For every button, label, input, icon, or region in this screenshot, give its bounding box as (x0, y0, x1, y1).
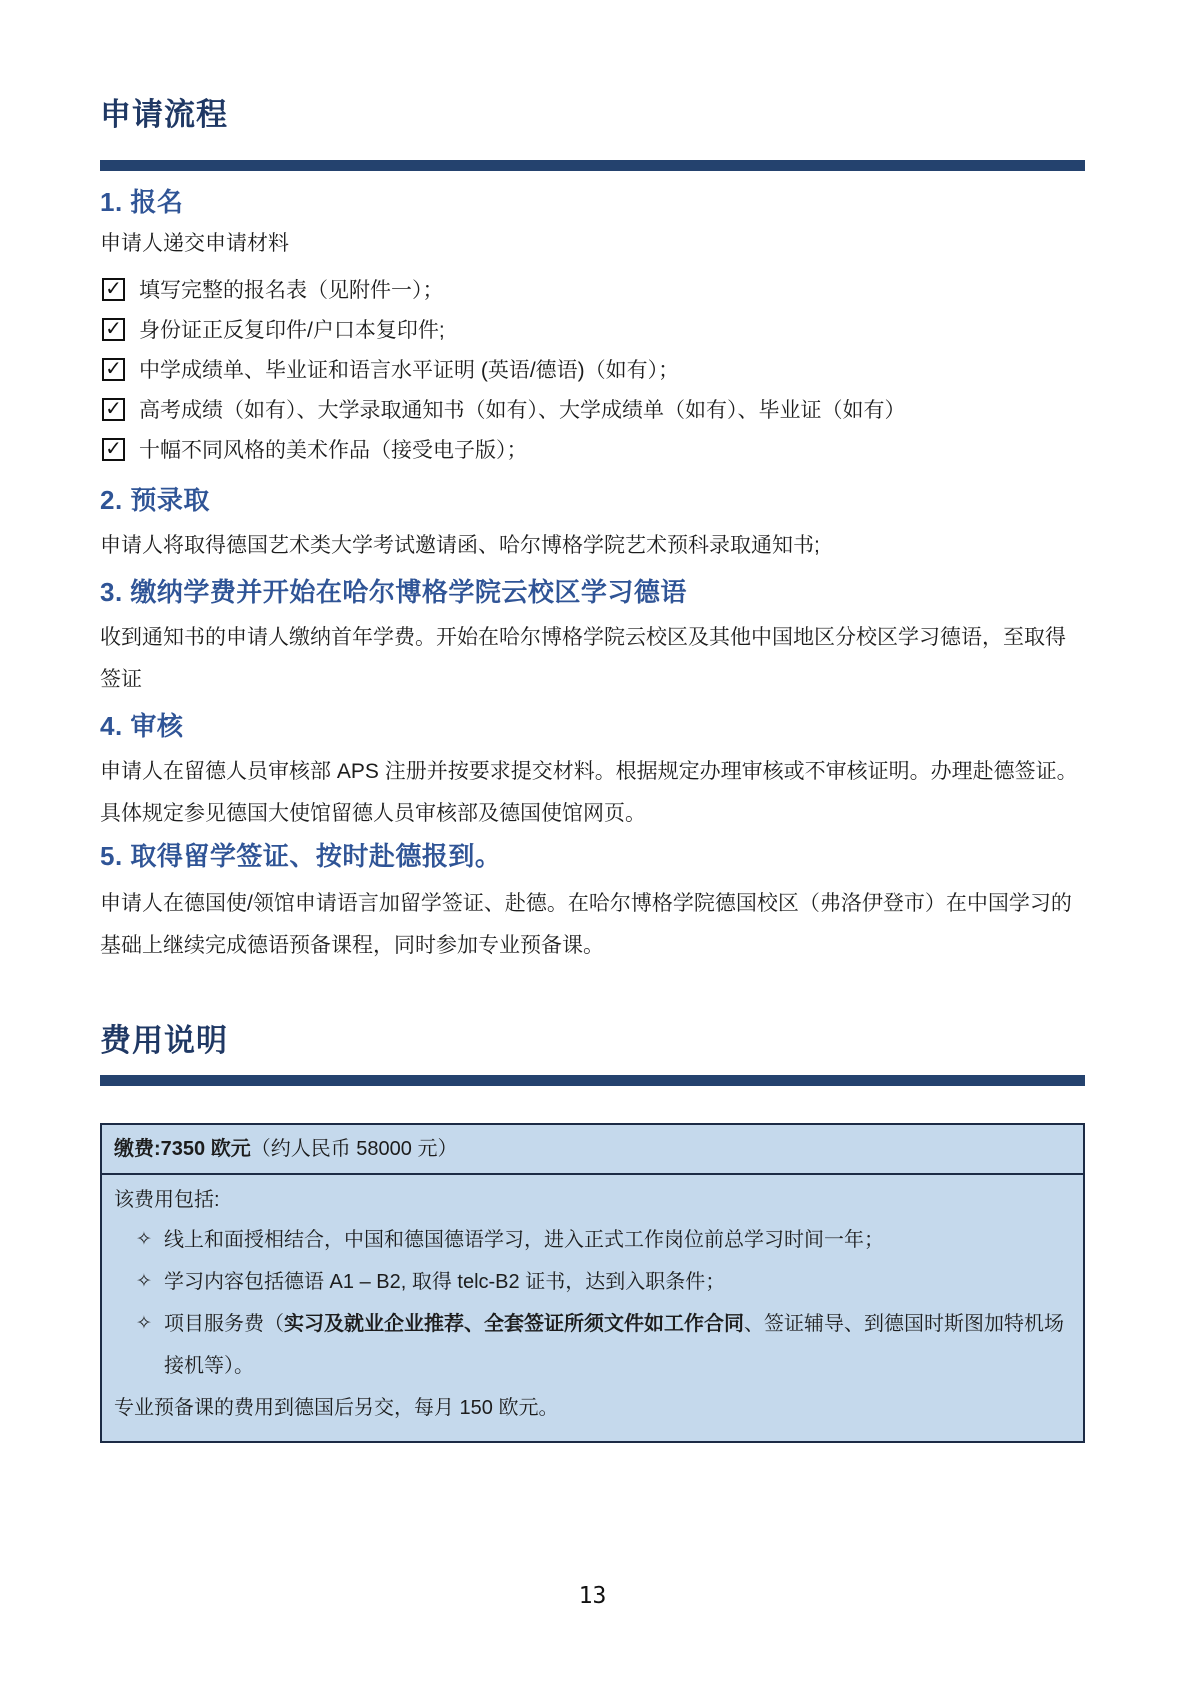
fee-table: 缴费:7350 欧元（约人民币 58000 元） 该费用包括: ✧ 线上和面授相… (100, 1123, 1085, 1443)
checklist-item: ✓ 中学成绩单、毕业证和语言水平证明 (英语/德语)（如有）； (100, 349, 1085, 389)
document-page: 申请流程 1. 报名 申请人递交申请材料 ✓ 填写完整的报名表（见附件一）； ✓… (0, 0, 1191, 1684)
fee-includes-label: 该费用包括: (114, 1185, 1069, 1215)
step4-heading: 4. 审核 (100, 709, 1085, 743)
fees-section-title: 费用说明 (100, 1023, 1085, 1059)
fee-amount-note: （约人民币 58000 元） (251, 1138, 458, 1160)
checklist-item: ✓ 填写完整的报名表（见附件一）； (100, 269, 1085, 309)
step1-intro: 申请人递交申请材料 (100, 230, 1085, 257)
checkbox-checked-icon: ✓ (102, 318, 125, 341)
step2-heading: 2. 预录取 (100, 483, 1085, 517)
fee-bullet-list: ✧ 线上和面授相结合，中国和德国德语学习，进入正式工作岗位前总学习时间一年； ✧… (114, 1219, 1069, 1387)
step3-heading: 3. 缴纳学费并开始在哈尔博格学院云校区学习德语 (100, 575, 1085, 609)
fee-bullet-text-part: 学习内容包括德语 A1 – B2, 取得 telc-B2 证书，达到入职条件； (164, 1271, 725, 1293)
step4-body: 申请人在留德人员审核部 APS 注册并按要求提交材料。根据规定办理审核或不审核证… (100, 751, 1085, 835)
checkbox-checked-icon: ✓ (102, 278, 125, 301)
checklist-item: ✓ 十幅不同风格的美术作品（接受电子版）； (100, 429, 1085, 469)
step1-heading: 1. 报名 (100, 185, 1085, 219)
diamond-bullet-icon: ✧ (136, 1303, 164, 1345)
application-checklist: ✓ 填写完整的报名表（见附件一）； ✓ 身份证正反复印件/户口本复印件; ✓ 中… (100, 269, 1085, 469)
checkbox-checked-icon: ✓ (102, 358, 125, 381)
section-divider-rule (100, 160, 1085, 171)
section-divider-rule (100, 1075, 1085, 1086)
fee-bullet-text: 学习内容包括德语 A1 – B2, 取得 telc-B2 证书，达到入职条件； (164, 1261, 1069, 1303)
diamond-bullet-icon: ✧ (136, 1219, 164, 1261)
fee-bullet-text: 项目服务费（实习及就业企业推荐、全套签证所须文件如工作合同、签证辅导、到德国时斯… (164, 1303, 1069, 1387)
fee-bullet3-prefix: 项目服务费（ (164, 1313, 284, 1335)
checklist-item-label: 填写完整的报名表（见附件一）； (139, 274, 444, 304)
fee-body-row: 该费用包括: ✧ 线上和面授相结合，中国和德国德语学习，进入正式工作岗位前总学习… (102, 1175, 1083, 1441)
checklist-item-label: 高考成绩（如有）、大学录取通知书（如有）、大学成绩单（如有）、毕业证（如有） (139, 394, 906, 424)
checklist-item-label: 身份证正反复印件/户口本复印件; (139, 314, 445, 344)
fee-bullet3-bold: 实习及就业企业推荐、全套签证所须文件如工作合同 (284, 1313, 744, 1335)
step3-body: 收到通知书的申请人缴纳首年学费。开始在哈尔博格学院云校区及其他中国地区分校区学习… (100, 617, 1085, 701)
checklist-item-label: 中学成绩单、毕业证和语言水平证明 (英语/德语)（如有）； (139, 354, 679, 384)
checkbox-checked-icon: ✓ (102, 398, 125, 421)
checkbox-checked-icon: ✓ (102, 438, 125, 461)
fee-header-row: 缴费:7350 欧元（约人民币 58000 元） (102, 1125, 1083, 1175)
fee-bullet-item: ✧ 线上和面授相结合，中国和德国德语学习，进入正式工作岗位前总学习时间一年； (114, 1219, 1069, 1261)
checklist-item: ✓ 身份证正反复印件/户口本复印件; (100, 309, 1085, 349)
step5-heading: 5. 取得留学签证、按时赴德报到。 (100, 839, 1085, 873)
fee-bullet-text: 线上和面授相结合，中国和德国德语学习，进入正式工作岗位前总学习时间一年； (164, 1219, 1069, 1261)
page-number: 13 (100, 1583, 1085, 1609)
apply-section-title: 申请流程 (100, 0, 1085, 133)
diamond-bullet-icon: ✧ (136, 1261, 164, 1303)
fee-footer-note: 专业预备课的费用到德国后另交，每月 150 欧元。 (114, 1387, 1069, 1429)
fee-bullet-item: ✧ 项目服务费（实习及就业企业推荐、全套签证所须文件如工作合同、签证辅导、到德国… (114, 1303, 1069, 1387)
step2-body: 申请人将取得德国艺术类大学考试邀请函、哈尔博格学院艺术预科录取通知书; (100, 525, 1085, 567)
page-content: 申请流程 1. 报名 申请人递交申请材料 ✓ 填写完整的报名表（见附件一）； ✓… (0, 0, 1191, 1609)
fee-amount: 缴费:7350 欧元 (114, 1138, 251, 1160)
step5-body: 申请人在德国使/领馆申请语言加留学签证、赴德。在哈尔博格学院德国校区（弗洛伊登市… (100, 883, 1085, 967)
checklist-item: ✓ 高考成绩（如有）、大学录取通知书（如有）、大学成绩单（如有）、毕业证（如有） (100, 389, 1085, 429)
checklist-item-label: 十幅不同风格的美术作品（接受电子版）； (139, 434, 528, 464)
fee-bullet-item: ✧ 学习内容包括德语 A1 – B2, 取得 telc-B2 证书，达到入职条件… (114, 1261, 1069, 1303)
